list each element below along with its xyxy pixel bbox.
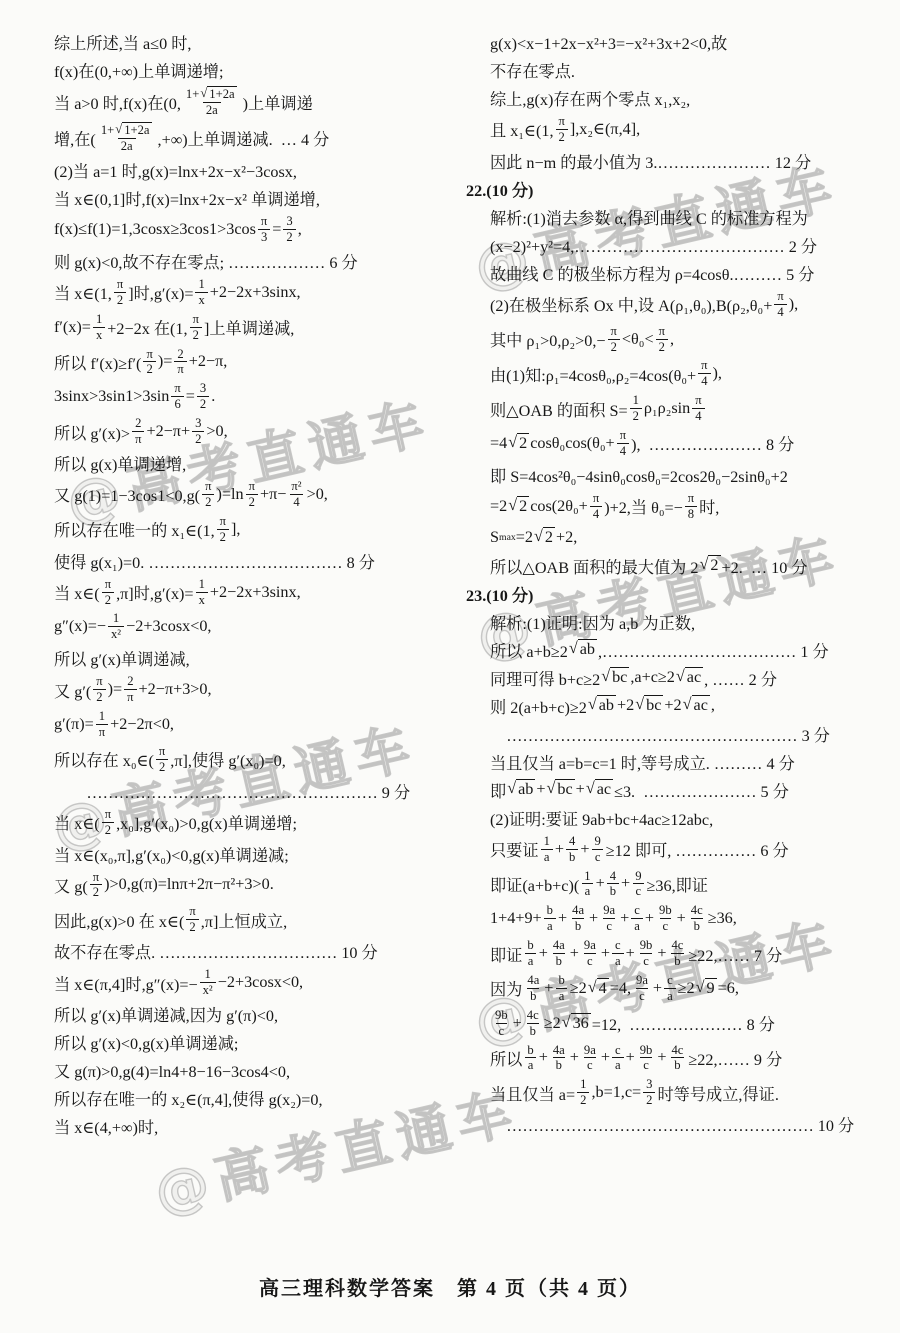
math-text: ],x₂∈(π,4],: [570, 119, 640, 139]
math-text: 1: [633, 393, 639, 408]
math-text: 2: [559, 130, 565, 145]
fraction: 4ab: [569, 903, 587, 934]
math-text: +: [645, 909, 654, 928]
math-text: π: [189, 904, 195, 919]
math-text: 3: [646, 1077, 652, 1092]
math-line: 故曲线 C 的极坐标方程为 ρ=4cosθ.……… 5 分: [464, 261, 892, 285]
math-text: 4: [695, 409, 701, 424]
math-text: 2: [611, 340, 617, 355]
math-text: +: [626, 944, 635, 963]
math-text: +: [677, 909, 686, 928]
math-text: 4: [293, 495, 299, 510]
math-text: 4: [569, 834, 575, 849]
math-text: 即: [490, 778, 506, 802]
math-line: ……………………………………………… 3 分: [464, 722, 892, 746]
math-text: (x−2)²+y²=4,………………………………… 2 分: [490, 233, 817, 257]
math-line: g′(π)=1π+2−2π<0,: [46, 709, 460, 740]
math-text: 2: [519, 497, 527, 515]
math-text: 23.(10 分): [466, 582, 533, 606]
math-text: π: [701, 358, 707, 373]
math-line: 1+4+9+ba+4ab+9ac+ca+9bc+4cb≥36,: [464, 903, 892, 934]
math-text: 因为: [490, 976, 522, 1000]
math-text: 所以: [490, 1046, 522, 1070]
math-text: +: [536, 780, 545, 799]
math-text: b: [547, 903, 553, 918]
math-line: 解析:(1)消去参数 α,得到曲线 C 的标准方程为: [464, 205, 892, 229]
math-text: c: [587, 1058, 593, 1073]
fraction: 1x: [196, 577, 208, 608]
math-text: ab: [599, 696, 614, 714]
math-line: 故不存在零点. …………………………… 10 分: [46, 939, 460, 963]
math-text: +2−π+: [146, 422, 190, 441]
fraction: π2: [608, 324, 620, 355]
math-text: a: [615, 1058, 621, 1073]
math-text: π: [659, 324, 665, 339]
math-line: 且 x₁∈(1,π2],x₂∈(π,4],: [464, 114, 892, 145]
math-text: 4: [620, 444, 626, 459]
math-text: a: [615, 954, 621, 969]
fraction: π2: [556, 114, 568, 145]
radical: √2: [700, 555, 721, 575]
radical: √ac: [586, 779, 613, 799]
math-line: 当 x∈(π2,π]时,g′(x)=1x+2−2x+3sinx,: [46, 577, 460, 608]
math-text: 增,在(: [54, 126, 96, 150]
math-text: π: [220, 514, 226, 529]
fraction: π4: [617, 428, 629, 459]
math-text: 4: [593, 507, 599, 522]
math-text: ,π],使得 g′(x₀)=0,: [170, 747, 286, 771]
fraction: π4: [698, 358, 710, 389]
math-line: 解析:(1)证明:因为 a,b 为正数,: [464, 610, 892, 634]
math-line: Smax=2√2+2,: [464, 526, 892, 550]
math-line: 所以 a+b≥2√ab,……………………………… 1 分: [464, 638, 892, 662]
math-text: 2: [93, 885, 99, 900]
math-text: ≥22,…… 7 分: [688, 942, 782, 966]
math-text: 所以 g′(x)单调递减,: [54, 646, 190, 670]
math-text: =4: [490, 434, 507, 453]
math-text: 使得 g(x₁)=0. ……………………………… 8 分: [54, 549, 375, 573]
math-text: 其中 ρ₁>0,ρ₂>0,−: [490, 327, 606, 351]
math-text: ≥12 即可, …………… 6 分: [606, 837, 789, 861]
math-text: ac: [597, 780, 611, 798]
math-text: π: [127, 690, 133, 705]
math-text: −2+3cosx<0,: [218, 973, 303, 992]
math-text: 2: [127, 674, 133, 689]
math-text: 4c: [671, 938, 683, 953]
math-text: .: [211, 387, 215, 406]
fraction: 32: [197, 381, 209, 412]
fraction: 32: [643, 1077, 655, 1108]
math-text: ,π]上恒成立,: [201, 908, 287, 932]
math-line: 不存在零点.: [464, 58, 892, 82]
fraction: 32: [283, 214, 295, 245]
math-text: )=: [158, 352, 173, 371]
math-text: cosθ₀cos(θ₀+: [530, 434, 614, 453]
math-text: c: [643, 954, 649, 969]
math-text: 4: [610, 869, 616, 884]
fraction: ca: [664, 973, 676, 1004]
math-text: +: [657, 1048, 666, 1067]
math-text: +: [576, 780, 585, 799]
math-text: , …… 2 分: [704, 666, 777, 690]
math-text: 又 g(: [54, 873, 88, 897]
math-text: bc: [646, 696, 661, 714]
math-text: +: [653, 979, 662, 998]
fraction: π8: [685, 491, 697, 522]
math-text: π: [99, 725, 105, 740]
math-text: )上单调递: [243, 90, 313, 114]
math-text: 9: [594, 834, 600, 849]
math-text: b: [558, 973, 564, 988]
math-text: 当 x∈(: [54, 810, 100, 834]
math-text: 2: [633, 409, 639, 424]
fraction: π2: [156, 744, 168, 775]
math-text: a: [585, 884, 591, 899]
math-text: 2: [189, 920, 195, 935]
math-text: 即 S=4cos²θ₀−4sinθ₀cosθ₀=2cos2θ₀−2sinθ₀+2: [490, 463, 788, 487]
math-text: 即证(a+b+c)(: [490, 872, 579, 896]
fraction: 12: [577, 1077, 589, 1108]
math-text: 2: [117, 293, 123, 308]
math-text: a: [544, 850, 550, 865]
radical: √2: [508, 433, 529, 453]
math-text: ac: [687, 668, 701, 686]
left-column: 综上所述,当 a≤0 时,f(x)在(0,+∞)上单调递增;当 a>0 时,f(…: [46, 26, 460, 1142]
math-text: c: [499, 1024, 505, 1039]
math-line: f(x)在(0,+∞)上单调递增;: [46, 58, 460, 82]
math-text: 2: [146, 362, 152, 377]
math-text: <θ₀<: [622, 330, 654, 349]
math-text: 1: [205, 967, 211, 982]
math-text: b: [569, 850, 575, 865]
math-text: +: [558, 909, 567, 928]
math-line: 同理可得 b+c≥2√bc,a+c≥2√ac, …… 2 分: [464, 666, 892, 690]
fraction: 4cb: [688, 903, 706, 934]
math-text: )=ln: [216, 485, 243, 504]
math-text: π: [620, 428, 626, 443]
math-text: 2: [135, 416, 141, 431]
math-text: π: [193, 312, 199, 327]
math-line: =2√2cos(2θ₀+π4)+2,当 θ₀=−π8时,: [464, 491, 892, 522]
math-text: 当 x∈(1,: [54, 280, 112, 304]
math-text: +: [621, 874, 630, 893]
math-text: +2: [664, 696, 681, 715]
math-text: ≤3. ………………… 5 分: [614, 778, 789, 802]
fraction: 2π: [132, 416, 144, 447]
math-line: 3sinx>3sin1>3sinπ6=32.: [46, 381, 460, 412]
math-text: ,: [298, 220, 302, 239]
math-text: =2: [516, 528, 533, 547]
math-text: +: [570, 1048, 579, 1067]
math-text: 9b: [495, 1008, 508, 1023]
fraction: 2π: [124, 674, 136, 705]
fraction: 4ab: [550, 1043, 568, 1074]
fraction: 1a: [581, 869, 593, 900]
math-text: 所以存在唯一的 x₂∈(π,4],使得 g(x₂)=0,: [54, 1086, 323, 1110]
fraction: 4cb: [668, 1043, 686, 1074]
math-line: ……………………………………………… 9 分: [46, 779, 460, 803]
math-text: 2: [193, 328, 199, 343]
math-text: +2−π,: [189, 352, 228, 371]
fraction: 4ab: [524, 973, 542, 1004]
page-footer: 高三理科数学答案 第 4 页（共 4 页）: [0, 1272, 900, 1301]
math-text: ……………………………………………… 9 分: [54, 779, 410, 803]
fraction: π4: [692, 393, 704, 424]
fraction: π3: [258, 214, 270, 245]
math-text: =4,: [610, 979, 631, 998]
math-line: g″(x)=−1x²−2+3cosx<0,: [46, 611, 460, 642]
fraction: ba: [524, 1043, 536, 1074]
math-text: ≥36,: [708, 909, 737, 928]
math-text: ac: [694, 696, 708, 714]
math-text: +2−2x 在(1,: [107, 315, 187, 339]
math-line: 则 g(x)<0,故不存在零点; ……………… 6 分: [46, 249, 460, 273]
math-text: 9a: [584, 938, 596, 953]
math-text: 4: [777, 305, 783, 320]
math-text: 1: [544, 834, 550, 849]
math-text: b: [610, 884, 616, 899]
math-text: S: [490, 528, 499, 547]
math-text: 所以 g′(x)单调递减,因为 g′(π)<0,: [54, 1002, 278, 1026]
math-text: 则△OAB 的面积 S=: [490, 397, 628, 421]
math-line: (2)证明:要证 9ab+bc+4ac≥12abc,: [464, 806, 892, 830]
math-text: π: [93, 870, 99, 885]
math-text: 当 x∈(0,1]时,f(x)=lnx+2x−x² 单调递增,: [54, 186, 320, 210]
math-text: 2: [646, 1093, 652, 1108]
math-text: 4a: [553, 1043, 565, 1058]
fraction: π2: [102, 807, 114, 838]
fraction: 4cb: [668, 938, 686, 969]
radical: √ac: [676, 667, 703, 687]
math-line: 所以 g′(x)单调递减,因为 g′(π)<0,: [46, 1002, 460, 1026]
math-text: (2)证明:要证 9ab+bc+4ac≥12abc,: [490, 806, 713, 830]
fraction: ba: [544, 903, 556, 934]
section-heading: 23.(10 分): [464, 582, 892, 606]
fraction: 9ac: [581, 1043, 599, 1074]
math-text: +π−: [260, 485, 286, 504]
math-line: 即证(a+b+c)(1a+4b+9c≥36,即证: [464, 869, 892, 900]
math-text: 2: [105, 823, 111, 838]
fraction: 4ab: [550, 938, 568, 969]
math-text: 22.(10 分): [466, 177, 533, 201]
fraction: 9bc: [637, 1043, 656, 1074]
math-line: g(x)<x−1+2x−x²+3=−x²+3x+2<0,故: [464, 30, 892, 54]
math-line: f′(x)=1x+2−2x 在(1,π2]上单调递减,: [46, 312, 460, 343]
math-text: ………………………………………………… 10 分: [490, 1112, 854, 1136]
math-text: 综上,g(x)存在两个零点 x₁,x₂,: [490, 86, 690, 110]
fraction: π2: [190, 312, 202, 343]
fraction: 1π: [96, 709, 108, 740]
math-text: f(x)≤f(1)=1,3cosx≥3cos1>3cos: [54, 220, 256, 239]
math-line: 当 x∈(π2,x₀],g′(x₀)>0,g(x)单调递增;: [46, 807, 460, 838]
math-text: 故不存在零点. …………………………… 10 分: [54, 939, 378, 963]
math-text: 时,: [699, 494, 719, 518]
math-text: +: [601, 1048, 610, 1067]
math-text: π: [177, 362, 183, 377]
math-text: c: [587, 954, 593, 969]
math-text: +: [626, 1048, 635, 1067]
math-text: c: [634, 903, 640, 918]
math-text: g′(π)=: [54, 715, 94, 734]
math-text: c: [606, 919, 612, 934]
math-line: f(x)≤f(1)=1,3cosx≥3cos1>3cosπ3=32,: [46, 214, 460, 245]
fraction: 4cb: [524, 1008, 542, 1039]
fraction: π2: [114, 277, 126, 308]
math-text: 2: [286, 230, 292, 245]
math-line: 综上所述,当 a≤0 时,: [46, 30, 460, 54]
math-line: 当 x∈(π,4]时,g″(x)=−1x²−2+3cosx<0,: [46, 967, 460, 998]
math-line: 所以存在唯一的 x₁∈(1,π2],: [46, 514, 460, 545]
math-text: ), ………………… 8 分: [631, 431, 794, 455]
math-text: 综上所述,当 a≤0 时,: [54, 30, 191, 54]
math-line: 综上,g(x)存在两个零点 x₁,x₂,: [464, 86, 892, 110]
math-text: 4c: [671, 1043, 683, 1058]
fraction: π2: [656, 324, 668, 355]
radical: √bc: [601, 667, 629, 687]
math-line: 所以 g′(x)单调递减,: [46, 646, 460, 670]
math-text: π: [205, 479, 211, 494]
math-text: 又 g(π)>0,g(4)=ln4+8−16−3cos4<0,: [54, 1058, 290, 1082]
math-text: 4: [599, 979, 607, 997]
math-text: π: [117, 277, 123, 292]
math-text: b: [556, 1058, 562, 1073]
math-text: c: [639, 989, 645, 1004]
math-text: +: [580, 840, 589, 859]
radical: √bc: [635, 695, 663, 715]
fraction: π2: [143, 347, 155, 378]
math-text: ]时,g′(x)=: [128, 280, 193, 304]
math-text: ,: [711, 696, 715, 715]
math-text: ≥36,即证: [647, 872, 709, 896]
math-text: 1+2a: [124, 123, 149, 137]
math-text: 同理可得 b+c≥2: [490, 666, 600, 690]
math-line: 又 g(π)>0,g(4)=ln4+8−16−3cos4<0,: [46, 1058, 460, 1082]
math-text: b: [694, 919, 700, 934]
math-text: 所以存在唯一的 x₁∈(1,: [54, 517, 215, 541]
math-text: ,π]时,g′(x)=: [116, 580, 193, 604]
fraction: 1x²: [200, 967, 216, 998]
math-text: 1+4+9+: [490, 909, 542, 928]
math-text: 3: [195, 416, 201, 431]
math-line: 当且仅当 a=b=c=1 时,等号成立. ……… 4 分: [464, 750, 892, 774]
fraction: π2: [93, 674, 105, 705]
math-text: π: [249, 479, 255, 494]
math-text: π: [688, 491, 694, 506]
math-text: π: [105, 807, 111, 822]
fraction: π6: [171, 381, 183, 412]
math-text: 1+2a: [209, 87, 234, 101]
radical: √ab: [507, 779, 535, 799]
math-text: 3: [261, 230, 267, 245]
math-text: 所以 a+b≥2: [490, 638, 568, 662]
math-text: f(x)在(0,+∞)上单调递增;: [54, 58, 223, 82]
math-text: 2: [710, 556, 718, 574]
math-text: π: [261, 214, 267, 229]
math-text: b: [674, 954, 680, 969]
math-text: x²: [111, 627, 121, 642]
math-line: 当 x∈(x₀,π],g′(x₀)<0,g(x)单调递减;: [46, 842, 460, 866]
fraction: 1+√1+2a2a: [183, 86, 241, 118]
math-text: ≥2: [570, 979, 587, 998]
math-text: a: [559, 989, 565, 1004]
math-text: g(x)<x−1+2x−x²+3=−x²+3x+2<0,故: [490, 30, 727, 54]
math-text: 4a: [527, 973, 539, 988]
math-text: b: [575, 919, 581, 934]
math-text: +2: [617, 696, 634, 715]
math-text: π: [695, 393, 701, 408]
math-text: ab: [518, 780, 533, 798]
fraction: ca: [612, 938, 624, 969]
math-line: 即√ab+√bc+√ac≤3. ………………… 5 分: [464, 778, 892, 802]
math-text: 只要证: [490, 837, 539, 861]
math-text: +: [589, 909, 598, 928]
math-text: cos(2θ₀+: [530, 497, 588, 516]
math-line: 又 g(π2)>0,g(π)=lnπ+2π−π²+3>0.: [46, 870, 460, 901]
math-line: 当 x∈(1,π2]时,g′(x)=1x+2−2x+3sinx,: [46, 277, 460, 308]
fraction: ba: [555, 973, 567, 1004]
math-text: +2−2π<0,: [110, 715, 174, 734]
math-text: 因此,g(x)>0 在 x∈(: [54, 908, 184, 932]
math-text: 6: [174, 397, 180, 412]
math-text: 当 x∈(: [54, 580, 100, 604]
math-text: π: [174, 381, 180, 396]
fraction: 9ac: [633, 973, 651, 1004]
fraction: 4b: [607, 869, 619, 900]
math-text: c: [667, 973, 673, 988]
math-text: +2−2x+3sinx,: [210, 283, 301, 302]
answer-sheet-page: @高考直通车 @高考直通车 @高考直通车 @高考直通车 @高考直通车 @高考直通…: [0, 0, 900, 1333]
math-text: )=: [108, 680, 123, 699]
math-text: (2)在极坐标系 Ox 中,设 A(ρ₁,θ₀),B(ρ₂,θ₀+: [490, 292, 772, 316]
math-text: 所以 g′(x)<0,g(x)单调递减;: [54, 1030, 238, 1054]
math-text: π: [777, 289, 783, 304]
math-text: 1: [113, 611, 119, 626]
fraction: 1x: [93, 312, 105, 343]
math-text: )>0,g(π)=lnπ+2π−π²+3>0.: [104, 875, 274, 894]
math-text: b: [527, 1043, 533, 1058]
subscript: max: [499, 533, 516, 543]
radical: √4: [588, 978, 609, 998]
math-text: π: [135, 432, 141, 447]
math-text: 9: [707, 979, 715, 997]
math-text: ab: [580, 640, 595, 658]
math-text: 1: [199, 577, 205, 592]
math-line: 当 a>0 时,f(x)在(0,1+√1+2a2a)上单调递: [46, 86, 460, 118]
math-line: 即证ba+4ab+9ac+ca+9bc+4cb≥22,…… 7 分: [464, 938, 892, 969]
math-text: 1: [198, 277, 204, 292]
math-text: 2: [177, 347, 183, 362]
fraction: 9ac: [581, 938, 599, 969]
fraction: 9bc: [492, 1008, 511, 1039]
math-text: c: [636, 884, 642, 899]
math-text: 1+: [186, 87, 199, 102]
radical: √ab: [588, 695, 616, 715]
math-text: x: [198, 293, 204, 308]
math-text: 故曲线 C 的极坐标方程为 ρ=4cosθ.……… 5 分: [490, 261, 814, 285]
math-text: ]上单调递减,: [204, 315, 294, 339]
math-text: 2: [159, 760, 165, 775]
math-line: (2)当 a=1 时,g(x)=lnx+2x−x²−3cosx,: [46, 158, 460, 182]
math-text: 所以 g(x)单调递增,: [54, 451, 186, 475]
math-text: 9a: [603, 903, 615, 918]
math-text: ,x₀],g′(x₀)>0,g(x)单调递增;: [116, 810, 297, 834]
math-text: ,+∞)上单调递减. … 4 分: [158, 126, 330, 150]
fraction: ca: [612, 1043, 624, 1074]
fraction: 9bc: [637, 938, 656, 969]
math-text: ),: [713, 364, 722, 383]
fraction: 9bc: [656, 903, 675, 934]
math-line: 9bc+4cb≥2√36=12, ………………… 8 分: [464, 1008, 892, 1039]
